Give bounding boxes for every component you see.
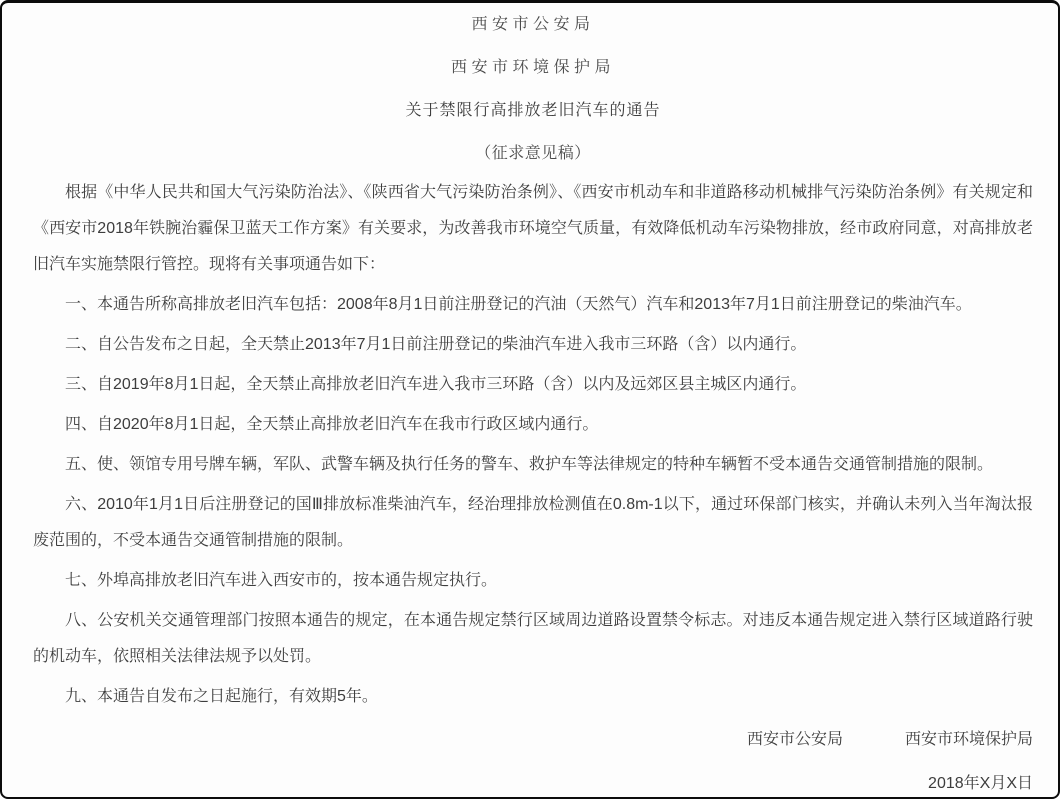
- notice-item-4: 四、自2020年8月1日起，全天禁止高排放老旧汽车在我市行政区域内通行。: [33, 407, 1033, 443]
- document-date: 2018年X月X日: [33, 766, 1033, 799]
- signature-agency-left: 西安市公安局: [747, 731, 843, 748]
- notice-item-6: 六、2010年1月1日后注册登记的国Ⅲ排放标准柴油汽车，经治理排放检测值在0.8…: [33, 487, 1033, 559]
- notice-item-2: 二、自公告发布之日起，全天禁止2013年7月1日前注册登记的柴油汽车进入我市三环…: [33, 327, 1033, 363]
- document-title: 关于禁限行高排放老旧汽车的通告: [33, 89, 1033, 132]
- document-subtitle: （征求意见稿）: [33, 132, 1033, 175]
- agency-name-line-1: 西安市公安局: [33, 3, 1033, 46]
- signature-line: 西安市公安局西安市环境保护局: [33, 722, 1033, 758]
- notice-document-page: 西安市公安局 西安市环境保护局 关于禁限行高排放老旧汽车的通告 （征求意见稿） …: [0, 0, 1060, 799]
- notice-item-5: 五、使、领馆专用号牌车辆，军队、武警车辆及执行任务的警车、救护车等法律规定的特种…: [33, 447, 1033, 483]
- notice-item-8: 八、公安机关交通管理部门按照本通告的规定，在本通告规定禁行区域周边道路设置禁令标…: [33, 603, 1033, 675]
- notice-body: 根据《中华人民共和国大气污染防治法》、《陕西省大气污染防治条例》、《西安市机动车…: [33, 175, 1033, 715]
- document-content: 西安市公安局 西安市环境保护局 关于禁限行高排放老旧汽车的通告 （征求意见稿） …: [2, 3, 1058, 799]
- notice-item-1: 一、本通告所称高排放老旧汽车包括：2008年8月1日前注册登记的汽油（天然气）汽…: [33, 287, 1033, 323]
- notice-item-9: 九、本通告自发布之日起施行，有效期5年。: [33, 679, 1033, 715]
- intro-paragraph: 根据《中华人民共和国大气污染防治法》、《陕西省大气污染防治条例》、《西安市机动车…: [33, 175, 1033, 283]
- agency-name-line-2: 西安市环境保护局: [33, 46, 1033, 89]
- notice-item-3: 三、自2019年8月1日起，全天禁止高排放老旧汽车进入我市三环路（含）以内及远郊…: [33, 367, 1033, 403]
- signature-agency-right: 西安市环境保护局: [905, 731, 1033, 748]
- notice-item-7: 七、外埠高排放老旧汽车进入西安市的，按本通告规定执行。: [33, 563, 1033, 599]
